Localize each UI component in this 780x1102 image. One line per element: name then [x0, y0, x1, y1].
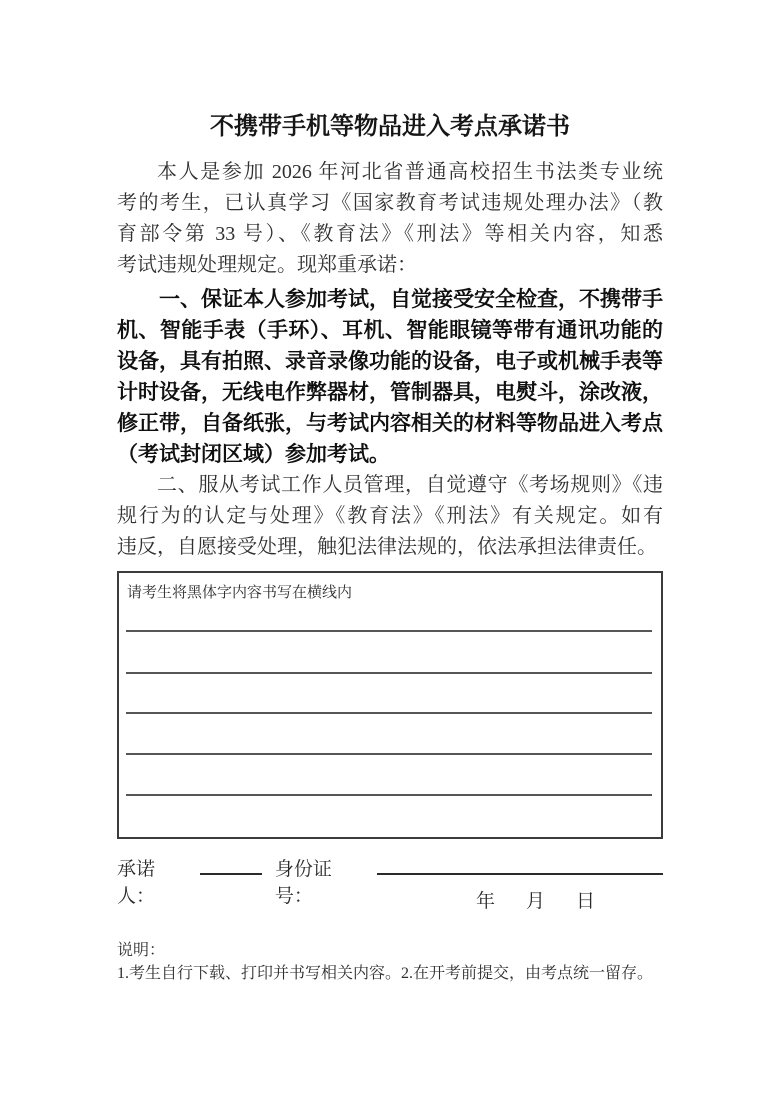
- writing-line: [126, 630, 652, 632]
- paragraph-line: 育部令第 33 号）、《教育法》《刑法》等相关内容，知悉: [117, 219, 663, 250]
- paragraph-line: 修正带，自备纸张，与考试内容相关的材料等物品进入考点: [117, 408, 663, 439]
- writing-line: [126, 794, 652, 796]
- notes-text: 1.考生自行下载、打印并书写相关内容。2.在开考前提交，由考点统一留存。: [117, 962, 663, 985]
- paragraph-line: 考的考生，已认真学习《国家教育考试违规处理办法》（教: [117, 188, 663, 219]
- paragraph-line: 机、智能手表（手环）、耳机、智能眼镜等带有通讯功能的: [117, 315, 663, 346]
- notes-section: 说明： 1.考生自行下载、打印并书写相关内容。2.在开考前提交，由考点统一留存。: [117, 940, 663, 985]
- writing-line: [126, 753, 652, 755]
- clause-1-paragraph: 一、保证本人参加考试，自觉接受安全检查，不携带手 机、智能手表（手环）、耳机、智…: [117, 284, 663, 470]
- promiser-blank-line: [200, 873, 262, 875]
- paragraph-line: 二、服从考试工作人员管理，自觉遵守《考场规则》《违: [117, 470, 663, 501]
- writing-line: [126, 712, 652, 714]
- paragraph-line: 一、保证本人参加考试，自觉接受安全检查，不携带手: [117, 284, 663, 315]
- id-number-blank-line: [377, 873, 663, 875]
- document-page: 不携带手机等物品进入考点承诺书 本人是参加 2026 年河北省普通高校招生书法类…: [0, 0, 780, 1102]
- document-title: 不携带手机等物品进入考点承诺书: [117, 0, 663, 143]
- id-number-label: 身份证号：: [275, 854, 368, 908]
- notes-heading: 说明：: [117, 940, 663, 962]
- paragraph-line: 考试违规处理规定。现郑重承诺：: [117, 250, 663, 281]
- paragraph-line: （考试封闭区域）参加考试。: [117, 439, 663, 470]
- paragraph-line: 违反，自愿接受处理，触犯法律法规的，依法承担法律责任。: [117, 532, 663, 563]
- paragraph-line: 设备，具有拍照、录音录像功能的设备，电子或机械手表等: [117, 346, 663, 377]
- intro-paragraph: 本人是参加 2026 年河北省普通高校招生书法类专业统 考的考生，已认真学习《国…: [117, 157, 663, 281]
- document-content: 不携带手机等物品进入考点承诺书 本人是参加 2026 年河北省普通高校招生书法类…: [117, 0, 663, 985]
- promiser-label: 承诺人：: [117, 854, 191, 908]
- date-line: 年 月 日: [117, 888, 663, 915]
- paragraph-line: 计时设备，无线电作弊器材，管制器具，电熨斗，涂改液，: [117, 377, 663, 408]
- writing-box-instruction: 请考生将黑体字内容书写在横线内: [127, 581, 352, 602]
- writing-line: [126, 672, 652, 674]
- clause-2-paragraph: 二、服从考试工作人员管理，自觉遵守《考场规则》《违 规行为的认定与处理》《教育法…: [117, 470, 663, 563]
- signature-row: 承诺人： 身份证号：: [117, 854, 663, 882]
- paragraph-line: 本人是参加 2026 年河北省普通高校招生书法类专业统: [117, 157, 663, 188]
- paragraph-line: 规行为的认定与处理》《教育法》《刑法》有关规定。如有: [117, 501, 663, 532]
- writing-box: 请考生将黑体字内容书写在横线内: [117, 571, 663, 839]
